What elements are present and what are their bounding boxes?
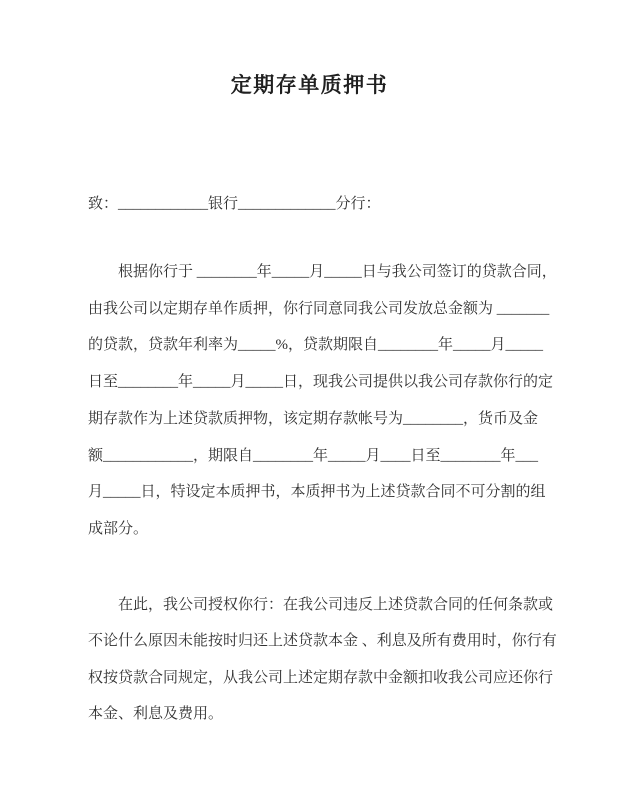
- pledge-terms-paragraph: 根据你行于 ________年_____月_____日与我公司签订的贷款合同， …: [88, 254, 540, 548]
- doc-line: 成部分。: [88, 511, 540, 548]
- document-page: 定期存单质押书 致：____________银行_____________分行：…: [0, 0, 619, 800]
- salutation-line: 致：____________银行_____________分行：: [88, 194, 538, 214]
- authorization-paragraph: 在此，我公司授权你行：在我公司违反上述贷款合同的任何条款或 不论什么原因未能按时…: [88, 587, 540, 732]
- doc-line: 由我公司以定期存单作质押，你行同意同我公司发放总金额为 _______: [88, 291, 540, 328]
- doc-line: 的贷款，贷款年利率为_____%，贷款期限自________年_____月___…: [88, 327, 540, 364]
- doc-line: 在此，我公司授权你行：在我公司违反上述贷款合同的任何条款或: [88, 587, 540, 623]
- doc-line: 本金、利息及费用。: [88, 696, 540, 732]
- doc-line: 月_____日，特设定本质押书，本质押书为上述贷款合同不可分割的组: [88, 474, 540, 511]
- doc-line: 额____________，期限自________年_____月____日至__…: [88, 438, 540, 475]
- doc-line: 不论什么原因未能按时归还上述贷款本金 、利息及所有费用时，你行有: [88, 623, 540, 659]
- doc-line: 期存款作为上述贷款质押物，该定期存款帐号为________，货币及金: [88, 401, 540, 438]
- doc-line: 日至________年_____月_____日，现我公司提供以我公司存款你行的定: [88, 364, 540, 401]
- doc-line: 权按贷款合同规定，从我公司上述定期存款中金额扣收我公司应还你行: [88, 660, 540, 696]
- doc-line: 根据你行于 ________年_____月_____日与我公司签订的贷款合同，: [88, 254, 540, 291]
- document-title: 定期存单质押书: [0, 72, 619, 98]
